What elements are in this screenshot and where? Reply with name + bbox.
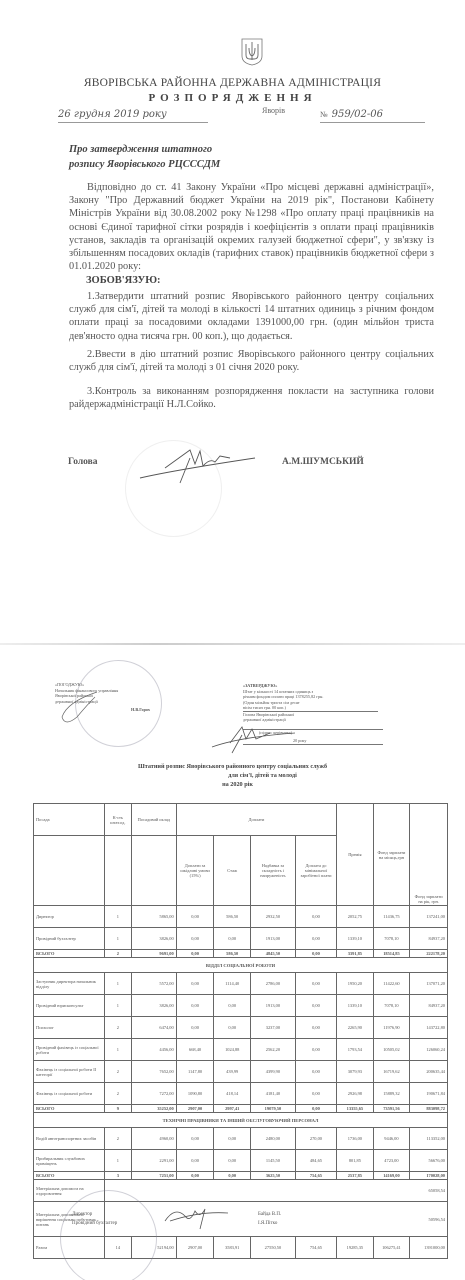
cell-monthly: 73591,56 [373, 1105, 410, 1113]
trident-emblem-icon [241, 38, 263, 66]
header-min-wage: Доплата до мінімальної заробітної плати [295, 836, 336, 906]
cell-seniority: 439,99 [214, 1061, 251, 1083]
header-salary: Посадовий оклад [131, 804, 176, 836]
cell-seniority: 586,50 [214, 950, 251, 958]
director-name: Байда В.П. [258, 1210, 281, 1219]
cell-bonus: 2265,90 [337, 1017, 374, 1039]
cell-min-wage: 0,00 [295, 906, 336, 928]
director-label: Директор [72, 1210, 117, 1219]
section-total-row: ВСЬОГО935252,002907,002997,4119079,500,0… [34, 1105, 448, 1113]
cell-count: 9 [104, 1105, 131, 1113]
cell-position: Прибиральник службових приміщень [34, 1150, 105, 1172]
cell-count: 2 [104, 1083, 131, 1105]
organization-name: ЯВОРІВСЬКА РАЙОННА ДЕРЖАВНА АДМІНІСТРАЦІ… [0, 77, 465, 89]
cell-harmful: 0,00 [176, 973, 214, 995]
cell-annual: 222178,20 [410, 950, 448, 958]
cell-harmful: 0,00 [176, 995, 214, 1017]
table-row: Прибиральник службових приміщень12291,00… [34, 1150, 448, 1172]
order-item-2: 2.Ввести в дію штатний розпис Яворівсько… [69, 348, 434, 374]
schedule-title-line-1: Штатний розпис Яворівського районного це… [0, 763, 465, 770]
table-row: Фахівець із соціальної роботи ІІ категор… [34, 1061, 448, 1083]
cell-count: 2 [104, 1128, 131, 1150]
signature-name: А.М.ШУМСЬКИЙ [282, 457, 364, 467]
cell-bonus: 1736,00 [337, 1128, 374, 1150]
cell-count: 1 [104, 928, 131, 950]
cell-annual: 137071,20 [410, 973, 448, 995]
cell-annual: 883098,72 [410, 1105, 448, 1113]
cell-salary: 5572,00 [131, 973, 176, 995]
document-type: РОЗПОРЯДЖЕННЯ [0, 92, 465, 104]
cell-position: Фахівець із соціальної роботи [34, 1083, 105, 1105]
cell-salary: 4960,00 [131, 1128, 176, 1150]
accountant-label: Провідний бухгалтер [72, 1219, 117, 1228]
section-total-row: ВСЬОГО37251,000,000,003625,50754,652537,… [34, 1172, 448, 1180]
cell-complexity: 2480,00 [251, 1128, 296, 1150]
cell-count: 1 [104, 995, 131, 1017]
subject-line-1: Про затвердження штатного [69, 142, 220, 157]
cell-seniority: 418,14 [214, 1083, 251, 1105]
cell-bonus: 1339,10 [337, 928, 374, 950]
cell-seniority: 2997,41 [214, 1105, 251, 1113]
number-prefix: № [320, 110, 328, 119]
header-annual-fund: Фонд зарплати на рік, грн. [410, 804, 448, 906]
table-row: Психолог26474,000,000,003237,000,002265,… [34, 1017, 448, 1039]
table-row: Провідний бухгалтер13826,000,000,001913,… [34, 928, 448, 950]
cell-monthly: 9446,00 [373, 1128, 410, 1150]
cell-annual: 143722,80 [410, 1017, 448, 1039]
cell-monthly: 15889,32 [373, 1083, 410, 1105]
approved-line-6: державної адміністрації [243, 717, 383, 723]
cell-monthly: 16719,62 [373, 1061, 410, 1083]
cell-min-wage: 0,00 [295, 1017, 336, 1039]
cell-seniority: 586,50 [214, 906, 251, 928]
cell-salary: 3826,00 [131, 928, 176, 950]
header-monthly-fund: Фонд зарплати на місяць,грн [373, 804, 410, 906]
cell-annual: 190671,84 [410, 1083, 448, 1105]
header-salary-empty [131, 836, 176, 906]
cell-harmful: 0,00 [176, 928, 214, 950]
date-handwritten: 26 грудня 2019 року [58, 109, 167, 120]
cell-monthly: 14169,00 [373, 1172, 410, 1180]
cell-complexity: 4399,90 [251, 1061, 296, 1083]
cell-salary: 7272,00 [131, 1083, 176, 1105]
cell-salary: 9691,00 [131, 950, 176, 958]
cell-min-wage: 754,65 [295, 1172, 336, 1180]
cell-min-wage: 0,00 [295, 995, 336, 1017]
cell-count: 1 [104, 1150, 131, 1172]
schedule-title-line-2: для сім'ї, дітей та молоді [0, 772, 465, 779]
cell-bonus: 2926,98 [337, 1083, 374, 1105]
cell-min-wage: 0,00 [295, 950, 336, 958]
cell-harmful: 0,00 [176, 950, 214, 958]
cell-salary: 7652,00 [131, 1061, 176, 1083]
cell-bonus: 1339,10 [337, 995, 374, 1017]
cell-count: 3 [104, 1172, 131, 1180]
cell-min-wage: 0,00 [295, 1061, 336, 1083]
header-count: К-сть штат.од. [104, 804, 131, 836]
cell-seniority: 1024,88 [214, 1039, 251, 1061]
cell-bonus: 13355,65 [337, 1105, 374, 1113]
table-row: Фахівець із соціальної роботи27272,00109… [34, 1083, 448, 1105]
cell-min-wage: 754,65 [295, 1237, 336, 1259]
cell-seniority: 1114,40 [214, 973, 251, 995]
staff-schedule-page: «ПОГОДЖУЮ» Начальник фінансового управлі… [0, 645, 465, 1280]
cell-salary: 6474,00 [131, 1017, 176, 1039]
cell-position: Психолог [34, 1017, 105, 1039]
header-surcharges: Доплати [176, 804, 336, 836]
cell-harmful: 1090,80 [176, 1083, 214, 1105]
cell-harmful: 0,00 [176, 1017, 214, 1039]
header-harmful: Доплати за шкідливі умови (15%) [176, 836, 214, 906]
place-label: Яворів [262, 106, 285, 115]
cell-seniority: 0,00 [214, 1172, 251, 1180]
cell-complexity: 19079,50 [251, 1105, 296, 1113]
cell-annual: 113352,00 [410, 1128, 448, 1150]
cell-complexity: 1913,00 [251, 995, 296, 1017]
section-title: ТЕХНІЧНІ ПРАЦІВНИКИ ТА ІНШИЙ ОБСЛУГОВУЮЧ… [34, 1113, 448, 1128]
cell-harmful: 0,00 [176, 1150, 214, 1172]
cell-bonus: 1950,20 [337, 973, 374, 995]
cell-complexity: 27550,50 [251, 1237, 296, 1259]
cell-monthly: 10505,02 [373, 1039, 410, 1061]
cell-bonus: 19285,35 [337, 1237, 374, 1259]
cell-min-wage: 0,00 [295, 1083, 336, 1105]
cell-annual: 56676,00 [410, 1150, 448, 1172]
preamble-paragraph: Відповідно до ст. 41 Закону України «Про… [69, 181, 434, 273]
cell-seniority: 3583,91 [214, 1237, 251, 1259]
cell-seniority: 0,00 [214, 1017, 251, 1039]
cell-salary: 5865,00 [131, 906, 176, 928]
cell-monthly: 7078,10 [373, 928, 410, 950]
accountant-name: І.Я.Пітко [258, 1219, 281, 1228]
approved-signature-icon [210, 725, 300, 755]
header-bonus: Премія [337, 804, 374, 906]
cell-count: 1 [104, 906, 131, 928]
cell-position: ВСЬОГО [34, 950, 105, 958]
cell-salary: 7251,00 [131, 1172, 176, 1180]
signature-title: Голова [68, 457, 98, 467]
subject-line-2: розпису Яворівського РЦСССДМ [69, 157, 220, 172]
cell-min-wage: 0,00 [295, 1105, 336, 1113]
cell-complexity: 2932,50 [251, 906, 296, 928]
cell-position: ВСЬОГО [34, 1105, 105, 1113]
order-page: ЯВОРІВСЬКА РАЙОННА ДЕРЖАВНА АДМІНІСТРАЦІ… [0, 0, 465, 643]
cell-complexity: 3625,50 [251, 1172, 296, 1180]
section-header-row: ВІДДІЛ СОЦІАЛЬНОЇ РОБОТИ [34, 958, 448, 973]
cell-salary: 3826,00 [131, 995, 176, 1017]
section-total-row: ВСЬОГО29691,000,00586,504845,500,003391,… [34, 950, 448, 958]
cell-complexity: 4181,40 [251, 1083, 296, 1105]
cell-harmful: 668,40 [176, 1039, 214, 1061]
cell-annual: 200635,44 [410, 1061, 448, 1083]
table-row: Водій автотранспортних засобів24960,000,… [34, 1128, 448, 1150]
cell-complexity: 2562,20 [251, 1039, 296, 1061]
center-seal [60, 1190, 157, 1280]
cell-harmful: 0,00 [176, 1128, 214, 1150]
cell-annual: 84937,20 [410, 928, 448, 950]
cell-seniority: 0,00 [214, 928, 251, 950]
cell-harmful: 2907,00 [176, 1105, 214, 1113]
footer-labels: Директор Провідний бухгалтер [72, 1210, 117, 1228]
cell-bonus: 2052,75 [337, 906, 374, 928]
cell-complexity: 3237,00 [251, 1017, 296, 1039]
cell-salary: 2291,00 [131, 1150, 176, 1172]
order-item-3: 3.Контроль за виконанням розпорядження п… [69, 385, 434, 411]
cell-count: 1 [104, 973, 131, 995]
cell-harmful: 0,00 [176, 906, 214, 928]
cell-count: 2 [104, 950, 131, 958]
cell-min-wage: 270,00 [295, 1128, 336, 1150]
cell-position: Провідний бухгалтер [34, 928, 105, 950]
cell-salary: 35252,00 [131, 1105, 176, 1113]
cell-seniority: 0,00 [214, 995, 251, 1017]
cell-monthly: 11422,60 [373, 973, 410, 995]
cell-harmful: 1147,80 [176, 1061, 214, 1083]
section-title: ВІДДІЛ СОЦІАЛЬНОЇ РОБОТИ [34, 958, 448, 973]
cell-count: 1 [104, 1039, 131, 1061]
cell-count: 2 [104, 1061, 131, 1083]
cell-bonus: 801,85 [337, 1150, 374, 1172]
cell-min-wage: 0,00 [295, 1039, 336, 1061]
cell-min-wage: 0,00 [295, 973, 336, 995]
header-count-empty [104, 836, 131, 906]
cell-position: Провідний фахівець із соціальної роботи [34, 1039, 105, 1061]
cell-bonus: 3391,85 [337, 950, 374, 958]
cell-salary: 4456,00 [131, 1039, 176, 1061]
order-number-handwritten: 959/02-06 [332, 109, 383, 120]
cell-complexity: 4845,50 [251, 950, 296, 958]
cell-annual: 170028,00 [410, 1172, 448, 1180]
cell-position: Фахівець із соціальної роботи ІІ категор… [34, 1061, 105, 1083]
cell-seniority: 0,00 [214, 1128, 251, 1150]
header-seniority: Стаж [214, 836, 251, 906]
table-row: Провідний фахівець із соціальної роботи1… [34, 1039, 448, 1061]
footer-names: Байда В.П. І.Я.Пітко [258, 1210, 281, 1228]
cell-monthly: 7078,10 [373, 995, 410, 1017]
header-position: Посада [34, 804, 105, 836]
schedule-title-line-3: на 2020 рік [0, 781, 465, 788]
cell-position: Заступник директора начальник відділу [34, 973, 105, 995]
header-complexity: Надбавка за складність і напруженість [251, 836, 296, 906]
cell-complexity: 1913,00 [251, 928, 296, 950]
signature-handwritten-icon [135, 448, 260, 486]
cell-complexity: 1145,50 [251, 1150, 296, 1172]
order-number-field: № 959/02-06 [320, 104, 425, 123]
cell-harmful: 2907,00 [176, 1237, 214, 1259]
cell-harmful: 0,00 [176, 1172, 214, 1180]
cell-monthly: 4723,00 [373, 1150, 410, 1172]
order-subject: Про затвердження штатного розпису Яворів… [69, 142, 220, 172]
cell-position: Директор [34, 906, 105, 928]
cell-monthly: 106275,41 [373, 1237, 410, 1259]
cell-annual: 126060,24 [410, 1039, 448, 1061]
cell-min-wage: 484,65 [295, 1150, 336, 1172]
cell-position: ВСЬОГО [34, 1172, 105, 1180]
cell-complexity: 2786,00 [251, 973, 296, 995]
cell-annual: 137241,00 [410, 906, 448, 928]
cell-annual: 84937,20 [410, 995, 448, 1017]
cell-position: Провідний юрисконсульт [34, 995, 105, 1017]
cell-monthly: 18514,85 [373, 950, 410, 958]
cell-bonus: 3079,93 [337, 1061, 374, 1083]
cell-annual: 1391000,00 [410, 1237, 448, 1259]
cell-bonus: 2537,85 [337, 1172, 374, 1180]
cell-annual: 65058,54 [104, 1180, 447, 1202]
header-position-empty [34, 836, 105, 906]
cell-monthly: 11436,75 [373, 906, 410, 928]
cell-monthly: 11976,90 [373, 1017, 410, 1039]
cell-seniority: 0,00 [214, 1150, 251, 1172]
cell-count: 2 [104, 1017, 131, 1039]
section-header-row: ТЕХНІЧНІ ПРАЦІВНИКИ ТА ІНШИЙ ОБСЛУГОВУЮЧ… [34, 1113, 448, 1128]
cell-position: Водій автотранспортних засобів [34, 1128, 105, 1150]
cell-min-wage: 0,00 [295, 928, 336, 950]
agreed-signature-icon [57, 687, 102, 732]
date-field: 26 грудня 2019 року [58, 104, 208, 123]
table-row: Провідний юрисконсульт13826,000,000,0019… [34, 995, 448, 1017]
obligate-heading: ЗОБОВ'ЯЗУЮ: [86, 275, 161, 286]
accountant-signature-icon [160, 1201, 230, 1231]
order-item-1: 1.Затвердити штатний розпис Яворівського… [69, 290, 434, 343]
table-row: Директор15865,000,00586,502932,500,00205… [34, 906, 448, 928]
table-row: Заступник директора начальник відділу155… [34, 973, 448, 995]
cell-bonus: 1793,54 [337, 1039, 374, 1061]
